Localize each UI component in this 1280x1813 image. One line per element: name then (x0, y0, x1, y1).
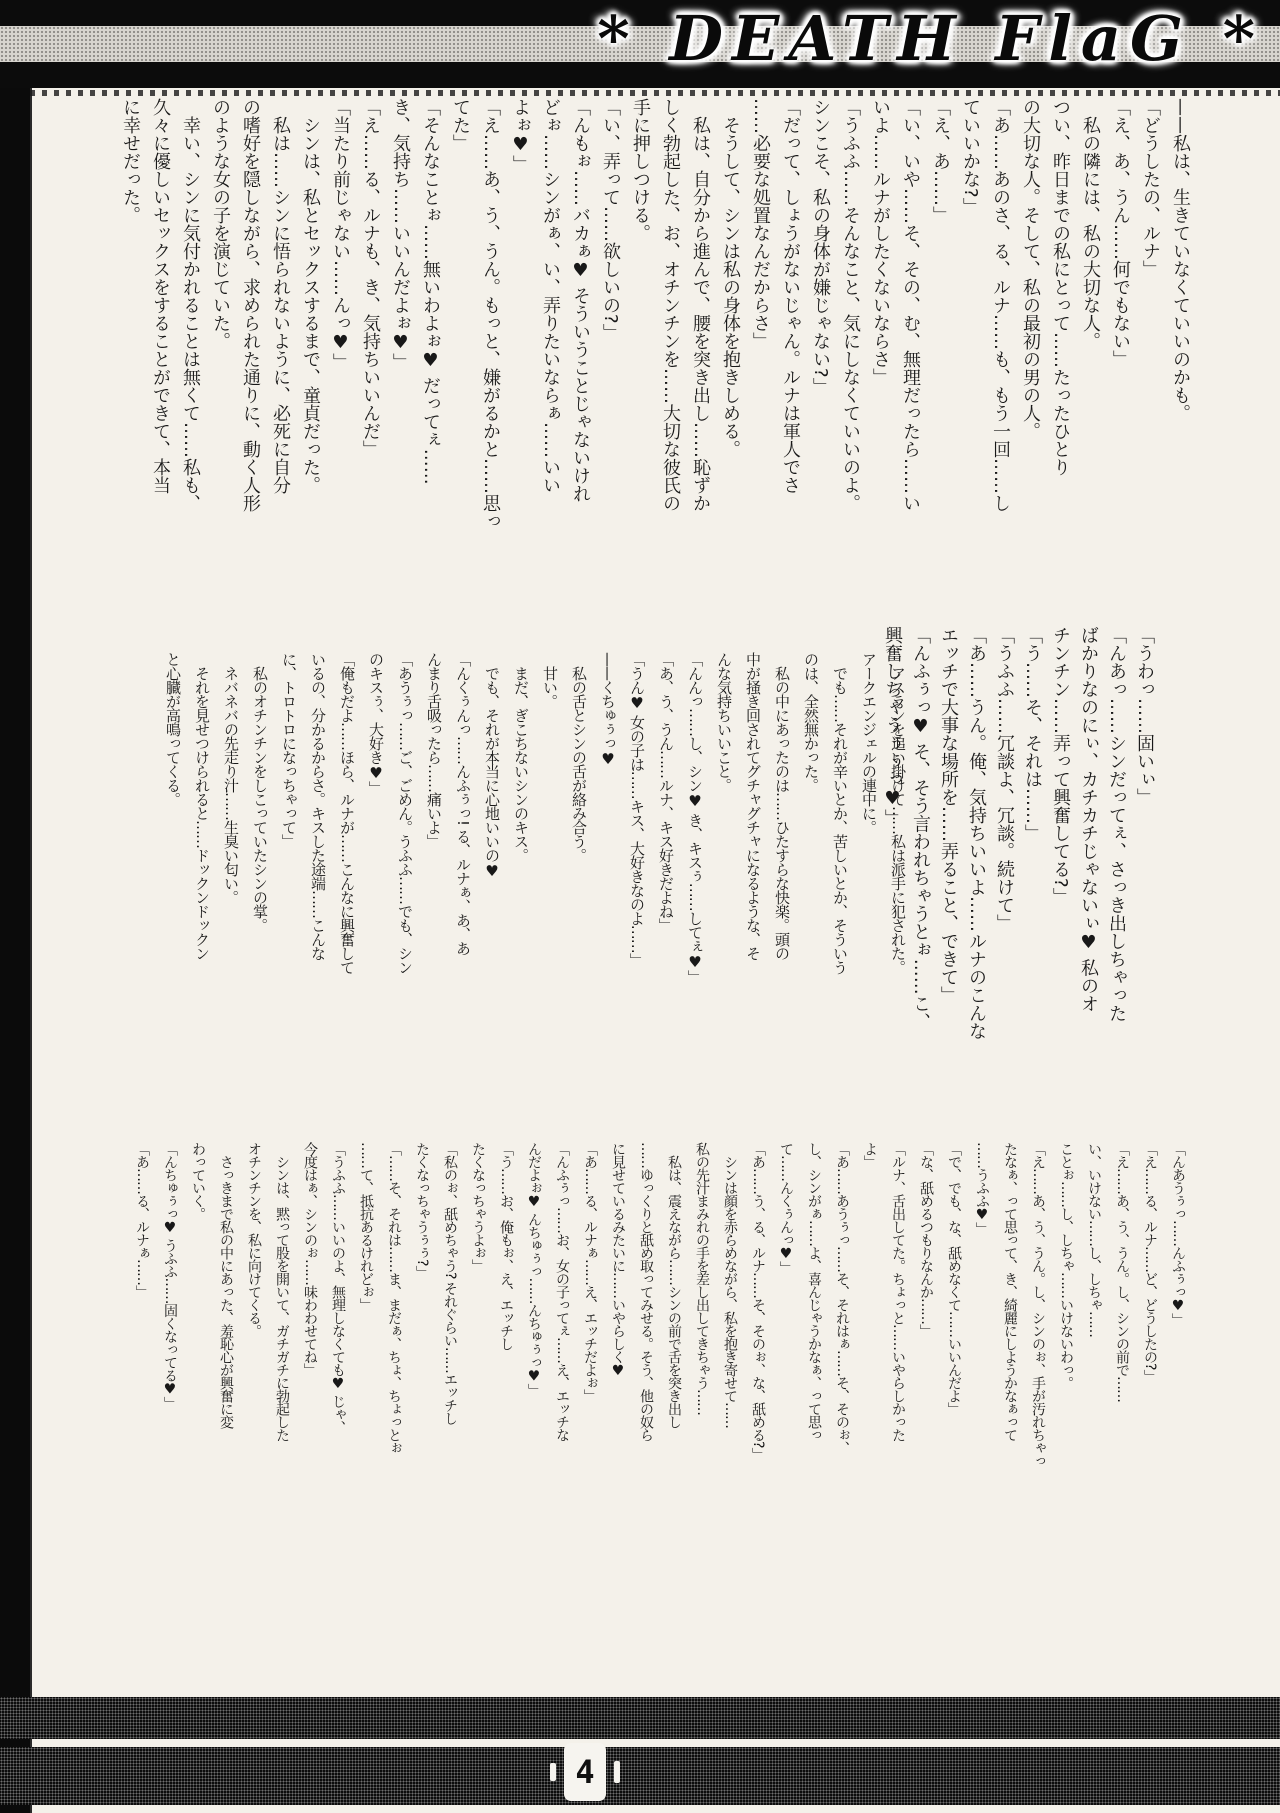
text-column: のキスぅ、大好き♥」 (361, 652, 390, 997)
text-column: のは、全然無かった。 (796, 652, 825, 997)
text-column: そうして、シンは私の身体を抱きしめる。 (715, 98, 745, 603)
text-column: チンチン……弄って興奮してる?」 (1046, 626, 1074, 1131)
text-column: よぉ♥」 (505, 98, 535, 603)
text-section-2-dialogue: 「うわっ……固いぃ」「んあっ……シンだってぇ、さっき出しちゃったばかりなのにぃ、… (878, 626, 1158, 1131)
text-column: 「え……る、ルナも、き、気持ちいいんだ」 (355, 98, 385, 603)
text-column: 「え……あ、う、うん。し、シンの前で…… (1108, 1142, 1136, 1477)
text-column: 私の中にあったのは……ひたすらな快楽。頭の (767, 652, 796, 997)
text-column: ネバネバの先走り汁……生臭い匂い。 (216, 652, 245, 997)
text-column: 「あ……る、ルナぁ……え、エッチだよぉ」 (576, 1142, 604, 1477)
text-column: 「あうぅっ……ご、ごめん。うふふ……でも、シン (390, 652, 419, 997)
text-column: 「んあうぅっ……んふぅっ♥」 (1164, 1142, 1192, 1477)
text-column: 「んんっ……し、シン♥ き、キスぅ……してぇ♥」 (680, 652, 709, 997)
text-column: たくなっちゃうよぉ」 (464, 1142, 492, 1477)
text-column: 「う……そ、それは……」 (1018, 626, 1046, 1131)
text-column: ……て、抵抗あるけれどぉ」 (352, 1142, 380, 1477)
page-number: 4 (575, 1753, 594, 1791)
text-column: 私は、自分から進んで、腰を突き出し……恥ずか (685, 98, 715, 603)
text-column: ——くちゅぅっ♥ (593, 652, 622, 997)
text-column: つい、昨日までの私にとって……たったひとり (1045, 98, 1075, 603)
text-column: わっていく。 (184, 1142, 212, 1477)
text-column: でも……それが辛いとか、苦しいとか、そういう (825, 652, 854, 997)
text-column: 「え……る、ルナ……ど、どうしたの?」 (1136, 1142, 1164, 1477)
text-column: 「な、舐めるつもりなんか……」 (912, 1142, 940, 1477)
text-column: 「……そ、それは……ま、まだぁ、ちょ、ちょっとぉ (380, 1142, 408, 1477)
text-column: に見せているみたいに……いやらしく♥ (604, 1142, 632, 1477)
text-column: 「ルナ、舌出してた。ちょっと……いやらしかった (884, 1142, 912, 1477)
text-column: どぉ……シンがぁ、い、弄りたいならぁ……いい (535, 98, 565, 603)
text-column: と心臓が高鳴ってくる。 (158, 652, 187, 997)
text-column: 「う……お、俺もぉ、え、エッチし (492, 1142, 520, 1477)
text-column: 「い、弄って……欲しいの?」 (595, 98, 625, 603)
text-column: 「で、でも、な、舐めなくて……いいんだよ」 (940, 1142, 968, 1477)
text-column: シンは、私とセックスするまで、童貞だった。 (295, 98, 325, 603)
text-column: んまり舌吸ったら……痛いよ」 (419, 652, 448, 997)
footer-bar-bottom (0, 1747, 1280, 1805)
text-column: き、気持ち……いいんだよぉ♥」 (385, 98, 415, 603)
text-column: 「うふふ……そんなこと、気にしなくていいのよ。 (835, 98, 865, 603)
text-column: たくなっちゃうぅぅ?」 (408, 1142, 436, 1477)
text-column: さっきまで私の中にあった、羞恥心が興奮に変 (212, 1142, 240, 1477)
text-column: 「うふふ……冗談よ、冗談。続けて」 (990, 626, 1018, 1131)
text-column: 私は……シンに悟られないように、必死に自分 (265, 98, 295, 603)
text-column: 「あ……あうぅっ……そ、それはぁ……そ、そのぉ、 (828, 1142, 856, 1477)
text-column: 甘い。 (535, 652, 564, 997)
text-column: んな気持ちいいこと。 (709, 652, 738, 997)
text-column: 「あ……あのさ、る、ルナ……も、もう一回……し (985, 98, 1015, 603)
text-column: 「んふぅっ……お、女の子ってぇ……え、エッチな (548, 1142, 576, 1477)
text-column: 「私のぉ、舐めちゃう? それぐらい……エッチし (436, 1142, 464, 1477)
text-column: シンこそ、私の身体が嫌じゃない?」 (805, 98, 835, 603)
text-column: ——私は、生きていなくていいのかも。 (1165, 98, 1195, 603)
text-section-1: ——私は、生きていなくていいのかも。「どうしたの、ルナ」「え、あ、うん……何でも… (115, 98, 1195, 603)
text-column: 「当たり前じゃない……んっ♥」 (325, 98, 355, 603)
text-column: 「え……あ、う、うん。し、シンのぉ、手が汚れちゃっ (1024, 1142, 1052, 1477)
text-column: 「うふふ……いいのよ、無理しなくても♥ じゃ、 (324, 1142, 352, 1477)
text-column: シンは顔を赤らめながら、私を抱き寄せて…… (716, 1142, 744, 1477)
text-column: ……うふふ♥」 (968, 1142, 996, 1477)
text-section-2-narration: アスランを追い掛けて……私は派手に犯された。アークエンジェルの連中に。 でも……… (158, 652, 912, 997)
text-column: し、シンがぁ……よ、喜んじゃうかなぁ、って思っ (800, 1142, 828, 1477)
text-column: 「あ……る、ルナぁ……」 (128, 1142, 156, 1477)
text-column: まだ、ぎこちないシンのキス。 (506, 652, 535, 997)
text-column: 私のオチンチンをしこっていたシンの掌。 (245, 652, 274, 997)
text-column: ことぉ……し、しちゃ……いけないわっ。 (1052, 1142, 1080, 1477)
text-column: 「え、あ……」 (925, 98, 955, 603)
text-column: しく勃起した、お、オチンチンを……大切な彼氏の (655, 98, 685, 603)
text-section-3: 「んあうぅっ……んふぅっ♥」「え……る、ルナ……ど、どうしたの?」「え……あ、う… (128, 1142, 1192, 1477)
page-number-badge: 4 (564, 1743, 606, 1801)
text-column: よ」 (856, 1142, 884, 1477)
text-column: 「んもぉ……バカぁ♥ そういうことじゃないけれ (565, 98, 595, 603)
text-column: ていいかな?」 (955, 98, 985, 603)
text-column: それを見せつけられると……ドックンドックン (187, 652, 216, 997)
text-column: 中が掻き回されてグチャグチャになるような、そ (738, 652, 767, 997)
text-column: 「そんなことぉ……無いわよぉ♥ だってぇ…… (415, 98, 445, 603)
text-column: 「え、あ、うん……何でもない」 (1105, 98, 1135, 603)
text-column: に、トロトロになっちゃって」 (274, 652, 303, 997)
text-column: 「い、いや……そ、その、む、無理だったら……い (895, 98, 925, 603)
text-column: シンは、黙って股を開いて、ガチガチに勃起した (268, 1142, 296, 1477)
header-banner: * DEATH FlaG * (0, 0, 1280, 88)
text-column: アークエンジェルの連中に。 (854, 652, 883, 997)
text-column: 「あ……う、る、ルナ……そ、そのぉ、な、舐める?」 (744, 1142, 772, 1477)
text-column: オチンチンを、私に向けてくる。 (240, 1142, 268, 1477)
footer-bar-top (0, 1697, 1280, 1739)
text-column: いるの、分かるからさ。キスした途端……こんな (303, 652, 332, 997)
text-column: 「んくぅんっ……んふぅっ! る、ルナぁ、あ、あ (448, 652, 477, 997)
text-column: ばかりなのにぃ、カチカチじゃないぃ♥ 私のオ (1074, 626, 1102, 1131)
text-column: て……んくぅんっ♥」 (772, 1142, 800, 1477)
text-column: いよ……ルナがしたくないならさ」 (865, 98, 895, 603)
page-left-border (0, 0, 30, 1813)
text-column: 私の隣には、私の大切な人。 (1075, 98, 1105, 603)
text-column: んだよぉ♥ んちゅぅっ……んちゅぅっ♥」 (520, 1142, 548, 1477)
text-column: 私の先汁まみれの手を差し出してきちゃう…… (688, 1142, 716, 1477)
text-column: ……ゆっくりと舐め取ってみせる。そう、他の奴ら (632, 1142, 660, 1477)
text-column: エッチで大事な場所を……弄ること、できて」 (934, 626, 962, 1131)
text-column: の嗜好を隠しながら、求められた通りに、動く人形 (235, 98, 265, 603)
text-column: 「俺もだよ……ほら、ルナが……こんなに興奮して (332, 652, 361, 997)
text-column: の大切な人。そして、私の最初の男の人。 (1015, 98, 1045, 603)
text-column: 「あ、う、うん……ルナ、キス好きだよね」 (651, 652, 680, 997)
text-column: い、いけない……し、しちゃ…… (1080, 1142, 1108, 1477)
text-column: に幸せだった。 (115, 98, 145, 603)
text-column: 手に押しつける。 (625, 98, 655, 603)
text-column: 久々に優しいセックスをすることができて、本当 (145, 98, 175, 603)
text-column: アスランを追い掛けて……私は派手に犯された。 (883, 652, 912, 997)
text-column: 「え……あ、う、うん。もっと、嫌がるかと……思っ (475, 98, 505, 603)
text-column: 「あ……うん。俺、気持ちいいよ……ルナのこんな (962, 626, 990, 1131)
text-column: 今度はぁ、シンのぉ……味わわせてね」 (296, 1142, 324, 1477)
text-column: 幸い、シンに気付かれることは無くて……私も、 (175, 98, 205, 603)
text-column: たなぁ、って思って、き、綺麗にしようかなぁって (996, 1142, 1024, 1477)
page-title: * DEATH FlaG * (597, 2, 1264, 75)
text-column: 私は、震えながら……シンの前で舌を突き出し (660, 1142, 688, 1477)
text-column: ……必要な処置なんだからさ」 (745, 98, 775, 603)
header-dotted-edge (30, 90, 1280, 96)
text-column: 「どうしたの、ルナ」 (1135, 98, 1165, 603)
text-column: 私の舌とシンの舌が絡み合う。 (564, 652, 593, 997)
text-column: 「だって、しょうがないじゃん。ルナは軍人でさ (775, 98, 805, 603)
text-column: てた」 (445, 98, 475, 603)
text-column: のような女の子を演じていた。 (205, 98, 235, 603)
text-column: 「んあっ……シンだってぇ、さっき出しちゃった (1102, 626, 1130, 1131)
text-column: 「うん♥ 女の子は……キス、大好きなのよ……」 (622, 652, 651, 997)
text-column: 「んちゅぅっ♥ うふふ……固くなってる♥」 (156, 1142, 184, 1477)
text-column: でも、それが本当に心地いいの♥ (477, 652, 506, 997)
text-column: 「うわっ……固いぃ」 (1130, 626, 1158, 1131)
